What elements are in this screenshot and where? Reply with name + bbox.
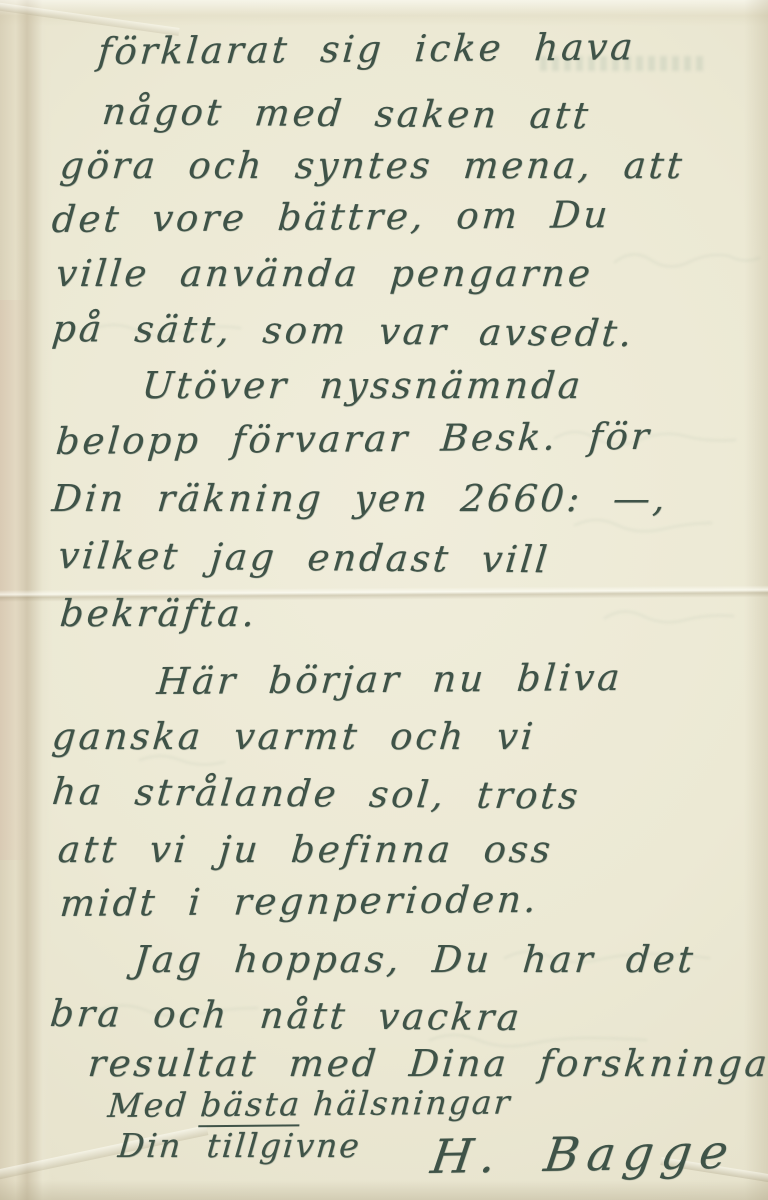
closing-post: hälsningar (312, 1082, 513, 1123)
handwritten-line: det vore bättre, om Du (50, 191, 612, 244)
handwritten-line: att vi ju befinna oss (56, 826, 555, 874)
top-edge-highlight (0, 0, 768, 26)
handwritten-line: ville använda pengarne (54, 250, 595, 298)
handwritten-line: ganska varmt och vi (50, 713, 538, 761)
closing-pre: Med (106, 1085, 190, 1125)
handwritten-line: Jag hoppas, Du har det (132, 936, 698, 984)
handwritten-line: midt i regnperioden. (58, 876, 541, 928)
handwritten-line: göra och syntes mena, att (58, 142, 687, 190)
handwritten-line: förklarat sig icke hava (96, 23, 637, 76)
handwritten-line: Utöver nyssnämnda (140, 362, 585, 410)
handwritten-line: vilket jag endast vill (56, 532, 552, 584)
handwritten-line: något med saken att (100, 88, 593, 140)
handwritten-line: bekräfta. (58, 590, 259, 638)
left-fold-shadow (0, 0, 52, 1200)
handwritten-line: bra och nått vackra (48, 990, 524, 1042)
handwritten-line: på sätt, som var avsedt. (50, 305, 637, 358)
handwritten-line: ha strålande sol, trots (50, 768, 583, 821)
closing-underlined: bästa (199, 1084, 303, 1127)
valediction-line: Din tillgivne (116, 1122, 363, 1170)
letter-page: förklarat sig icke hava något med saken … (0, 0, 768, 1200)
right-edge-shadow (744, 0, 768, 1200)
handwritten-line: belopp förvarar Besk. för (54, 413, 654, 466)
signature: H. Bagge (428, 1129, 739, 1182)
handwritten-line: Din räkning yen 2660: —, (50, 475, 670, 523)
left-edge-stain (0, 300, 34, 860)
handwritten-line: Här börjar nu bliva (155, 654, 624, 706)
bottom-edge-shadow (0, 1180, 768, 1200)
